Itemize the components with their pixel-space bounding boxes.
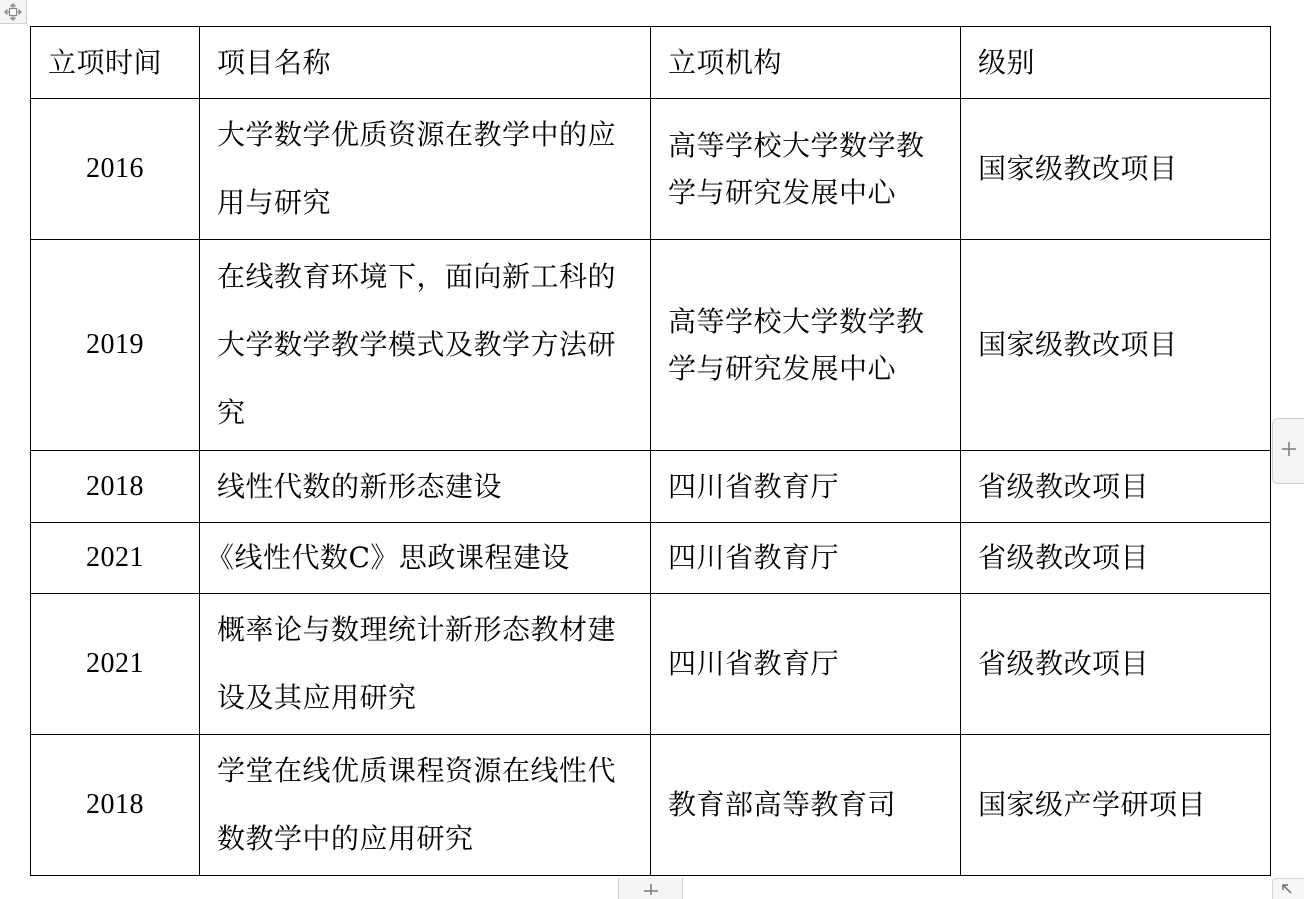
cell-project-name[interactable]: 在线教育环境下，面向新工科的大学数学教学模式及教学方法研究 — [200, 240, 651, 451]
cell-project-name[interactable]: 概率论与数理统计新形态教材建设及其应用研究 — [200, 594, 651, 735]
cell-year[interactable]: 2021 — [31, 523, 200, 594]
cell-project-name[interactable]: 线性代数的新形态建设 — [200, 451, 651, 523]
header-cell-project-name[interactable]: 项目名称 — [200, 27, 651, 99]
cell-year[interactable]: 2016 — [31, 99, 200, 240]
plus-icon — [1281, 441, 1297, 461]
plus-icon — [643, 880, 659, 899]
cell-year[interactable]: 2018 — [31, 735, 200, 876]
cell-level[interactable]: 国家级教改项目 — [961, 99, 1271, 240]
cell-level[interactable]: 国家级产学研项目 — [961, 735, 1271, 876]
cell-organization[interactable]: 四川省教育厅 — [651, 523, 961, 594]
table-move-handle[interactable] — [0, 0, 27, 24]
table-resize-handle[interactable] — [1272, 878, 1304, 899]
move-arrows-icon — [3, 2, 23, 22]
cell-year[interactable]: 2019 — [31, 240, 200, 451]
cell-organization[interactable]: 高等学校大学数学教学与研究发展中心 — [651, 240, 961, 451]
table-row: 2018 学堂在线优质课程资源在线性代数教学中的应用研究 教育部高等教育司 国家… — [31, 735, 1271, 876]
table-row: 2021 《线性代数C》思政课程建设 四川省教育厅 省级教改项目 — [31, 523, 1271, 594]
cell-organization[interactable]: 四川省教育厅 — [651, 594, 961, 735]
cell-project-name[interactable]: 《线性代数C》思政课程建设 — [200, 523, 651, 594]
cell-level[interactable]: 省级教改项目 — [961, 451, 1271, 523]
add-column-button[interactable] — [1272, 418, 1304, 484]
cell-level[interactable]: 省级教改项目 — [961, 594, 1271, 735]
table-row: 2021 概率论与数理统计新形态教材建设及其应用研究 四川省教育厅 省级教改项目 — [31, 594, 1271, 735]
header-cell-organization[interactable]: 立项机构 — [651, 27, 961, 99]
cell-organization[interactable]: 四川省教育厅 — [651, 451, 961, 523]
header-cell-year[interactable]: 立项时间 — [31, 27, 200, 99]
cell-project-name[interactable]: 学堂在线优质课程资源在线性代数教学中的应用研究 — [200, 735, 651, 876]
cell-year[interactable]: 2018 — [31, 451, 200, 523]
cell-level[interactable]: 国家级教改项目 — [961, 240, 1271, 451]
cell-year[interactable]: 2021 — [31, 594, 200, 735]
cell-organization[interactable]: 教育部高等教育司 — [651, 735, 961, 876]
header-cell-level[interactable]: 级别 — [961, 27, 1271, 99]
table-header-row: 立项时间 项目名称 立项机构 级别 — [31, 27, 1271, 99]
add-row-button[interactable] — [618, 878, 683, 899]
projects-table: 立项时间 项目名称 立项机构 级别 2016 大学数学优质资源在教学中的应用与研… — [30, 26, 1271, 876]
cell-organization[interactable]: 高等学校大学数学教学与研究发展中心 — [651, 99, 961, 240]
table-row: 2019 在线教育环境下，面向新工科的大学数学教学模式及教学方法研究 高等学校大… — [31, 240, 1271, 451]
table-row: 2016 大学数学优质资源在教学中的应用与研究 高等学校大学数学教学与研究发展中… — [31, 99, 1271, 240]
table-row: 2018 线性代数的新形态建设 四川省教育厅 省级教改项目 — [31, 451, 1271, 523]
cell-project-name[interactable]: 大学数学优质资源在教学中的应用与研究 — [200, 99, 651, 240]
cell-level[interactable]: 省级教改项目 — [961, 523, 1271, 594]
